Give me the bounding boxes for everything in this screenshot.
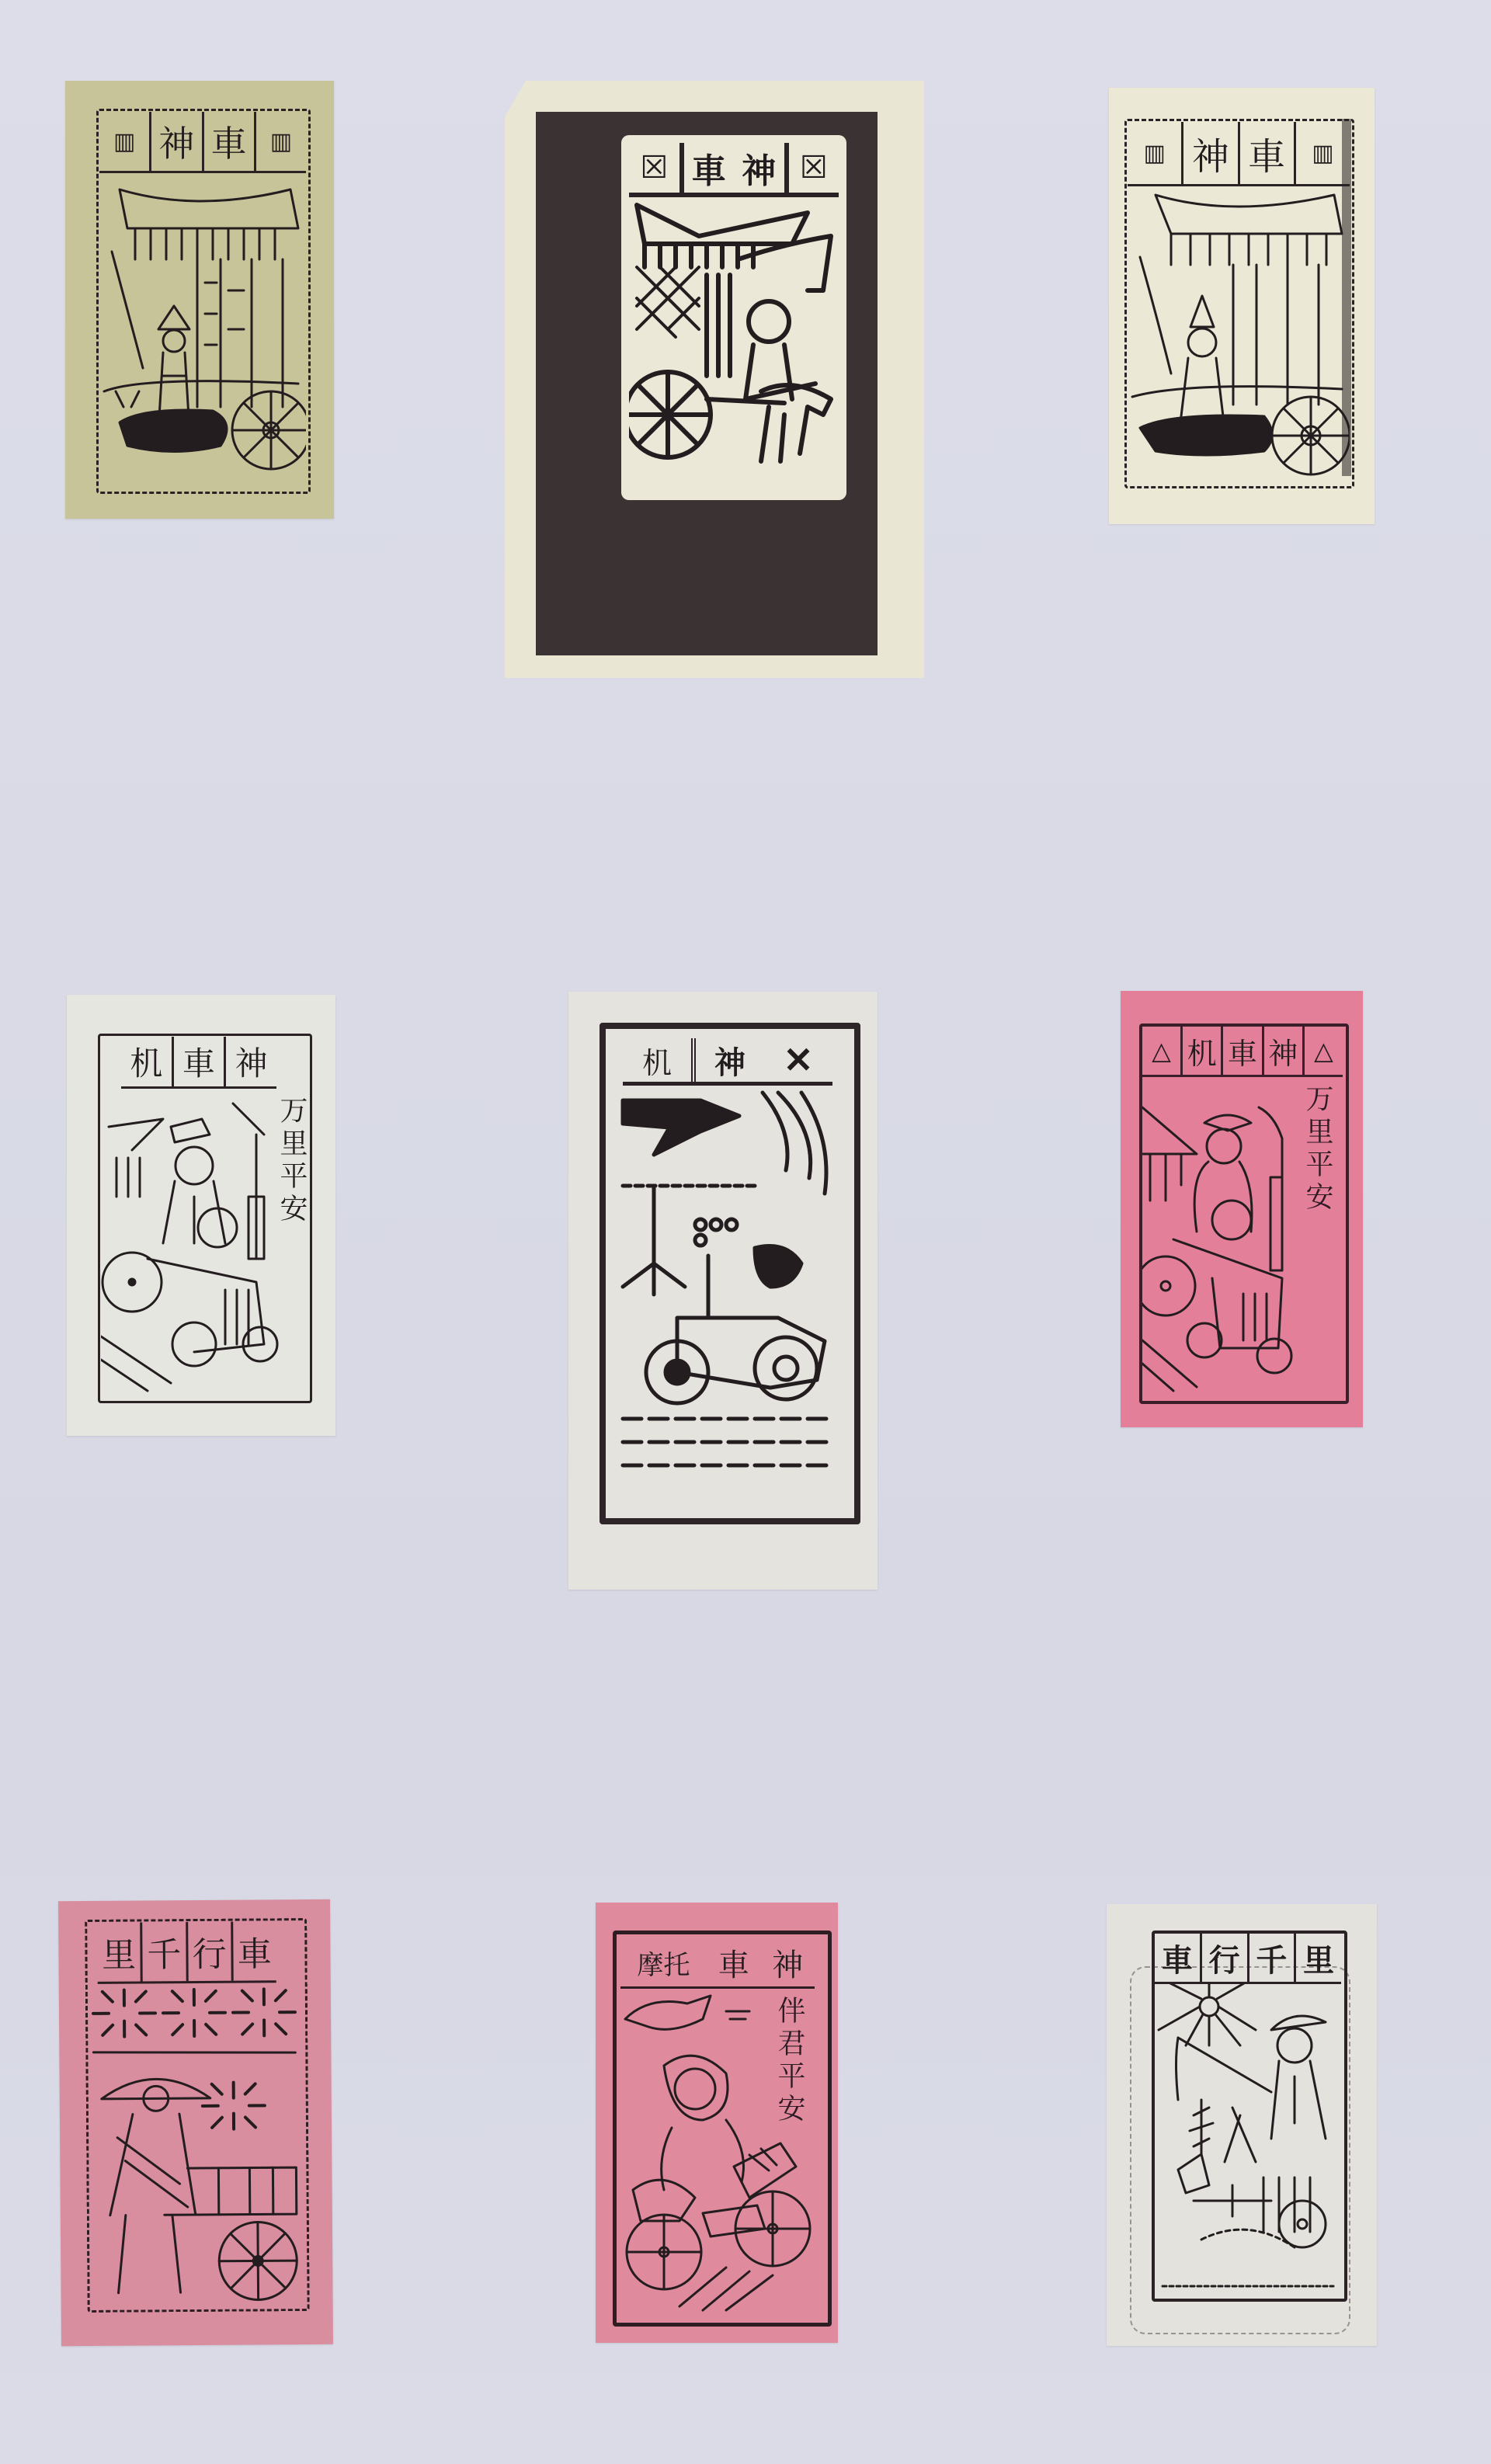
title-char: 千 <box>142 1922 188 1981</box>
motorcycle-rider-illustration <box>617 1988 819 2314</box>
handcart-illustration <box>85 1981 305 2309</box>
title-ornament: △ <box>1305 1027 1343 1075</box>
print-title-row: 机 神 ✕ <box>623 1038 832 1086</box>
print-title-row: 車 行 千 里 <box>1155 1934 1341 1984</box>
tractor-field-illustration <box>607 1085 840 1520</box>
title-char: 車 <box>684 143 735 193</box>
title-char: 摩托 <box>620 1938 707 1986</box>
title-char: 里 <box>97 1922 143 1981</box>
sunburst-icon <box>93 1989 296 2130</box>
print-card-8: 摩托 車 神 伴君平安 <box>596 1903 838 2343</box>
title-char: 車 <box>1223 1027 1263 1075</box>
print-title-row: ☒ 車 神 ☒ <box>629 143 839 197</box>
print-card-4: 机 車 神 万里平安 <box>67 995 335 1436</box>
print-title-row: 机 車 神 <box>121 1037 276 1089</box>
title-ornament: ☒ <box>629 143 684 193</box>
title-char: 車 <box>707 1938 760 1986</box>
print-card-2: ☒ 車 神 ☒ <box>505 81 924 678</box>
sun-icon <box>1159 1983 1256 2045</box>
print-card-7: 里 千 行 車 <box>58 1899 333 2346</box>
title-char: 机 <box>1183 1027 1223 1075</box>
blessing-caption: 万里平安 <box>1298 1084 1337 1215</box>
title-ornament: ▥ <box>1128 122 1183 184</box>
ox-carriage-illustration <box>1124 187 1350 490</box>
title-char: 机 <box>121 1037 174 1086</box>
print-title-row: ▥ 神 車 ▥ <box>99 112 306 173</box>
title-char: 千 <box>1249 1934 1297 1982</box>
print-title-row: 摩托 車 神 <box>620 1938 815 1989</box>
cart-driver-illustration <box>1155 1983 1341 2294</box>
title-ornament: ▥ <box>99 112 151 171</box>
title-char: 車 <box>233 1921 276 1980</box>
title-char: 車 <box>174 1037 227 1086</box>
print-card-1: ▥ 神 車 ▥ <box>65 81 334 519</box>
title-char: 神 <box>696 1038 764 1082</box>
tractor-driver-illustration <box>101 1088 280 1399</box>
title-char: 神 <box>1183 122 1239 184</box>
title-char: 神 <box>151 112 203 171</box>
title-char: 神 <box>734 143 789 193</box>
title-char: 車 <box>204 112 256 171</box>
title-char: 車 <box>1155 1934 1202 1982</box>
title-char: 里 <box>1296 1934 1341 1982</box>
title-ornament: ▥ <box>256 112 306 171</box>
ox-carriage-illustration <box>96 174 306 492</box>
title-char: 神 <box>226 1037 276 1086</box>
title-char: 机 <box>623 1038 696 1082</box>
title-ornament: △ <box>1142 1027 1183 1075</box>
print-title-row: △ 机 車 神 △ <box>1142 1027 1343 1077</box>
title-ornament: ☒ <box>789 143 839 193</box>
print-card-6: △ 机 車 神 △ 万里平安 <box>1121 991 1363 1427</box>
title-char: 行 <box>188 1922 234 1981</box>
title-char: 車 <box>1240 122 1296 184</box>
print-title-row: ▥ 神 車 ▥ <box>1128 122 1350 186</box>
title-char: 行 <box>1202 1934 1249 1982</box>
tractor-driver-illustration <box>1142 1076 1298 1395</box>
title-char: 神 <box>761 1938 815 1986</box>
print-title-row: 里 千 行 車 <box>97 1921 276 1984</box>
print-card-3: ▥ 神 車 ▥ <box>1109 88 1375 524</box>
title-ornament: ✕ <box>764 1038 832 1082</box>
title-ornament: ▥ <box>1296 122 1350 184</box>
print-card-9: 車 行 千 里 <box>1107 1904 1377 2346</box>
horse-carriage-illustration <box>629 197 839 492</box>
print-card-5: 机 神 ✕ <box>568 992 878 1590</box>
title-char: 神 <box>1264 1027 1305 1075</box>
